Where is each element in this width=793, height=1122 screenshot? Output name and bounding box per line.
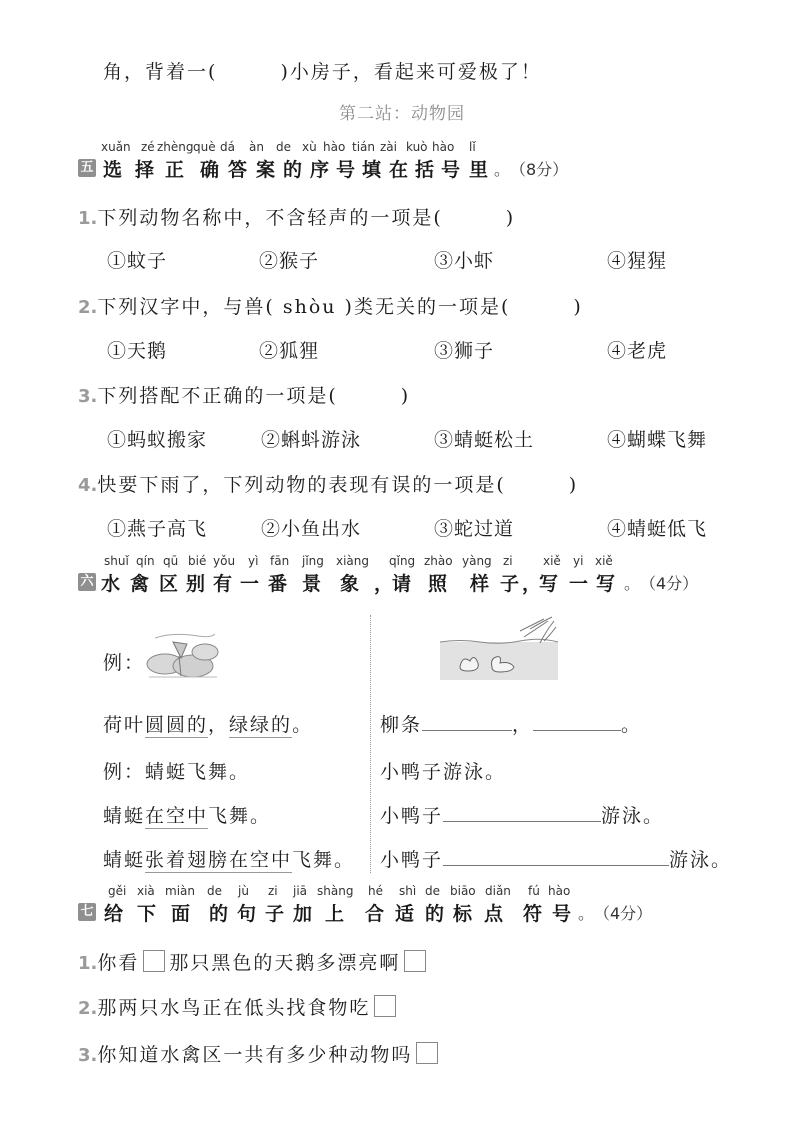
- question-2: 2.下列汉字中，与兽( shòu )类无关的一项是( ): [78, 292, 583, 319]
- heading-char: 象: [340, 569, 359, 596]
- answer-blank-2[interactable]: [533, 712, 621, 731]
- text: 飞舞。: [208, 805, 271, 827]
- heading-punct: 。: [624, 571, 640, 594]
- willow-sentence: 柳条，。: [380, 710, 642, 737]
- text: 游泳。: [669, 849, 732, 871]
- pinyin: zài: [380, 140, 397, 154]
- heading-char: 合: [365, 899, 384, 926]
- pinyin: zi: [268, 884, 278, 898]
- punctuation-box[interactable]: [416, 1042, 438, 1064]
- example-sentence-3: 蜻蜓在空中飞舞。: [103, 801, 271, 828]
- pinyin: qū: [163, 554, 178, 568]
- station-title: 第二站：动物园: [339, 99, 465, 124]
- punctuation-question-3: 3.你知道水禽区一共有多少种动物吗: [78, 1040, 442, 1067]
- heading-char: 区: [159, 569, 178, 596]
- pinyin: bié: [188, 554, 206, 568]
- heading-char: 水: [101, 569, 120, 596]
- pinyin: shuǐ: [104, 554, 129, 568]
- underlined-text: 绿绿的: [229, 714, 292, 738]
- pinyin: gěi: [108, 884, 126, 898]
- text: 游泳。: [601, 805, 664, 827]
- question-text: 下列搭配不正确的一项是( ): [97, 385, 410, 407]
- pinyin: biāo: [450, 884, 476, 898]
- section5-heading: 选 择 正 确 答 案 的 序 号 填 在 括 号 里 。 （8分）: [0, 155, 793, 181]
- pinyin: dá: [220, 140, 235, 154]
- pinyin: què: [193, 140, 216, 154]
- text: 小鸭子: [380, 849, 443, 871]
- heading-char: 子: [500, 569, 519, 596]
- pinyin: jiā: [293, 884, 307, 898]
- punctuation-question-1: 1.你看那只黑色的天鹅多漂亮啊: [78, 948, 430, 975]
- heading-char: 的: [425, 899, 444, 926]
- pinyin: jǐng: [302, 554, 324, 568]
- option-3[interactable]: ③小虾: [434, 246, 494, 273]
- heading-char: 别: [186, 569, 205, 596]
- option-3[interactable]: ③狮子: [434, 336, 494, 363]
- pinyin: shì: [399, 884, 416, 898]
- question-1: 1.下列动物名称中，不含轻声的一项是( ): [78, 203, 515, 230]
- option-2[interactable]: ②猴子: [259, 246, 319, 273]
- pinyin: xuǎn: [101, 140, 131, 154]
- ducks-under-willow-illustration: [440, 615, 560, 681]
- option-3[interactable]: ③蛇过道: [434, 514, 514, 541]
- pinyin: zhèng: [157, 140, 194, 154]
- example-label: 例：: [103, 648, 145, 675]
- text: 荷叶: [103, 714, 145, 736]
- option-1[interactable]: ①燕子高飞: [107, 514, 207, 541]
- pinyin: yi: [573, 554, 583, 568]
- question-number: 2.: [78, 297, 97, 318]
- pinyin: zé: [141, 140, 155, 154]
- heading-punct: 。: [494, 157, 510, 180]
- option-2[interactable]: ②蝌蚪游泳: [261, 425, 361, 452]
- heading-char: 给: [104, 899, 123, 926]
- section5-pinyin: xuǎn zé zhèng què dá àn de xù hào tián z…: [0, 140, 793, 156]
- question-number: 4.: [78, 475, 97, 496]
- section6-score: （4分）: [640, 571, 698, 594]
- heading-char: 请: [392, 569, 411, 596]
- question-3: 3.下列搭配不正确的一项是( ): [78, 381, 410, 408]
- heading-char: 括: [415, 155, 434, 182]
- heading-char: 有: [213, 569, 232, 596]
- heading-char: 选: [103, 155, 122, 182]
- pinyin: zi: [503, 554, 513, 568]
- pinyin: tián: [352, 140, 375, 154]
- text: ，: [512, 714, 533, 736]
- heading-char: 号: [552, 899, 571, 926]
- pinyin: kuò: [406, 140, 428, 154]
- question-number: 1.: [78, 208, 97, 229]
- question-text: 那两只水鸟正在低头找食物吃: [97, 997, 370, 1019]
- sentence-part: )小房子，看起来可爱极了！: [280, 61, 541, 83]
- question-number: 2.: [78, 998, 97, 1019]
- question-text: 下列汉字中，与兽( shòu )类无关的一项是( ): [97, 296, 582, 318]
- duck-sentence-2: 小鸭子游泳。: [380, 801, 664, 828]
- heading-char: 在: [389, 155, 408, 182]
- pinyin: miàn: [165, 884, 195, 898]
- heading-char: 写: [539, 569, 558, 596]
- heading-char: 句: [237, 899, 256, 926]
- pinyin: xiàng: [336, 554, 369, 568]
- sentence-part: 角，背着一(: [103, 61, 217, 83]
- pinyin: jù: [238, 884, 249, 898]
- section7-pinyin: gěi xià miàn de jù zi jiā shàng hé shì d…: [0, 884, 793, 900]
- heading-char: 号: [441, 155, 460, 182]
- section7-score: （4分）: [594, 901, 652, 924]
- duck-sentence-1: 小鸭子游泳。: [380, 757, 506, 784]
- question-number: 3.: [78, 386, 97, 407]
- previous-sentence: 角，背着一( )小房子，看起来可爱极了！: [103, 57, 542, 84]
- pinyin: diǎn: [485, 884, 511, 898]
- pinyin: xià: [137, 884, 155, 898]
- heading-char: 的: [209, 899, 228, 926]
- heading-char: 番: [268, 569, 287, 596]
- pinyin: xiě: [595, 554, 613, 568]
- pinyin: xiě: [543, 554, 561, 568]
- question-number: 3.: [78, 1045, 97, 1066]
- heading-char: 子: [265, 899, 284, 926]
- section7-heading: 给 下 面 的 句 子 加 上 合 适 的 标 点 符 号 。 （4分）: [0, 899, 793, 925]
- pinyin: hào: [432, 140, 454, 154]
- answer-blank-1[interactable]: [422, 712, 512, 731]
- heading-char: 下: [137, 899, 156, 926]
- heading-char: 一: [240, 569, 259, 596]
- section6-pinyin: shuǐ qín qū bié yǒu yì fān jǐng xiàng qǐ…: [0, 554, 793, 570]
- duck-sentence-3: 小鸭子游泳。: [380, 845, 732, 872]
- example-sentence-4: 蜻蜓张着翅膀在空中飞舞。: [103, 845, 355, 872]
- heading-char: 点: [484, 899, 503, 926]
- pinyin: yì: [248, 554, 258, 568]
- option-2[interactable]: ②狐狸: [259, 336, 319, 363]
- underlined-text: 在空中: [145, 805, 208, 829]
- punctuation-box[interactable]: [143, 950, 165, 972]
- punctuation-box[interactable]: [374, 995, 396, 1017]
- heading-char: 加: [293, 899, 312, 926]
- pinyin: yàng: [462, 554, 492, 568]
- pinyin: shàng: [317, 884, 353, 898]
- punctuation-box[interactable]: [404, 950, 426, 972]
- heading-char: 面: [171, 899, 190, 926]
- heading-char: 答: [228, 155, 247, 182]
- heading-char: 的: [283, 155, 302, 182]
- pinyin: àn: [249, 140, 264, 154]
- pinyin: fān: [270, 554, 289, 568]
- option-4[interactable]: ④蜻蜓低飞: [607, 514, 707, 541]
- option-4[interactable]: ④猩猩: [607, 246, 667, 273]
- question-text: 你知道水禽区一共有多少种动物吗: [97, 1044, 412, 1066]
- pinyin: xù: [302, 140, 317, 154]
- option-4[interactable]: ④蝴蝶飞舞: [607, 425, 707, 452]
- question-text: 下列动物名称中，不含轻声的一项是( ): [97, 207, 515, 229]
- example-sentence-2: 例：蜻蜓飞舞。: [103, 757, 250, 784]
- underlined-text: 张着翅膀在空中: [145, 849, 292, 873]
- heading-punct: 。: [578, 901, 594, 924]
- heading-char: 禽: [130, 569, 149, 596]
- pinyin: hào: [548, 884, 570, 898]
- question-number: 1.: [78, 953, 97, 974]
- pinyin: hào: [323, 140, 345, 154]
- underlined-text: 圆圆的: [145, 714, 208, 738]
- pinyin: zhào: [424, 554, 453, 568]
- text: 飞舞。: [292, 849, 355, 871]
- pinyin: hé: [368, 884, 383, 898]
- section6-heading: 水 禽 区 别 有 一 番 景 象 ， 请 照 样 子 ， 写 一 写 。 （4…: [0, 569, 793, 595]
- text: ，: [208, 714, 229, 736]
- question-4: 4.快要下雨了，下列动物的表现有误的一项是( ): [78, 470, 578, 497]
- text: 小鸭子: [380, 805, 443, 827]
- option-1[interactable]: ①蚊子: [107, 246, 167, 273]
- heading-char: ，: [374, 569, 393, 596]
- heading-char: 标: [453, 899, 472, 926]
- heading-char: 择: [135, 155, 154, 182]
- text: 蜻蜓: [103, 849, 145, 871]
- heading-char: 号: [336, 155, 355, 182]
- pinyin: lǐ: [469, 140, 476, 154]
- option-3[interactable]: ③蜻蜓松土: [434, 425, 534, 452]
- option-1[interactable]: ①天鹅: [107, 336, 167, 363]
- heading-char: 景: [302, 569, 321, 596]
- answer-blank[interactable]: [443, 803, 601, 822]
- text: 蜻蜓: [103, 805, 145, 827]
- question-text: 你看: [97, 952, 139, 974]
- heading-char: 一: [569, 569, 588, 596]
- heading-char: 正: [165, 155, 184, 182]
- pinyin: yǒu: [213, 554, 235, 568]
- heading-char: 写: [596, 569, 615, 596]
- heading-char: 确: [200, 155, 219, 182]
- heading-char: 照: [428, 569, 447, 596]
- heading-char: 序: [310, 155, 329, 182]
- heading-char: 案: [256, 155, 275, 182]
- question-text: 快要下雨了，下列动物的表现有误的一项是( ): [97, 474, 578, 496]
- example-sentence-1: 荷叶圆圆的，绿绿的。: [103, 710, 313, 737]
- punctuation-question-2: 2.那两只水鸟正在低头找食物吃: [78, 993, 400, 1020]
- option-2[interactable]: ②小鱼出水: [261, 514, 361, 541]
- section5-score: （8分）: [510, 157, 568, 180]
- heading-char: 符: [523, 899, 542, 926]
- pinyin: de: [207, 884, 222, 898]
- column-divider: [370, 615, 371, 873]
- heading-char: 里: [469, 155, 488, 182]
- heading-char: 上: [325, 899, 344, 926]
- option-4[interactable]: ④老虎: [607, 336, 667, 363]
- pinyin: fú: [528, 884, 540, 898]
- heading-char: 填: [362, 155, 381, 182]
- pinyin: qǐng: [389, 554, 415, 568]
- text: 柳条: [380, 714, 422, 736]
- text: 。: [621, 714, 642, 736]
- answer-blank: [217, 61, 280, 83]
- heading-char: 样: [470, 569, 489, 596]
- answer-blank[interactable]: [443, 847, 669, 866]
- pinyin: qín: [136, 554, 155, 568]
- question-text: 那只黑色的天鹅多漂亮啊: [169, 952, 400, 974]
- heading-char: 适: [395, 899, 414, 926]
- pinyin: de: [276, 140, 291, 154]
- text: 。: [292, 714, 313, 736]
- lotus-leaves-illustration: [143, 630, 223, 682]
- pinyin: de: [425, 884, 440, 898]
- option-1[interactable]: ①蚂蚁搬家: [107, 425, 207, 452]
